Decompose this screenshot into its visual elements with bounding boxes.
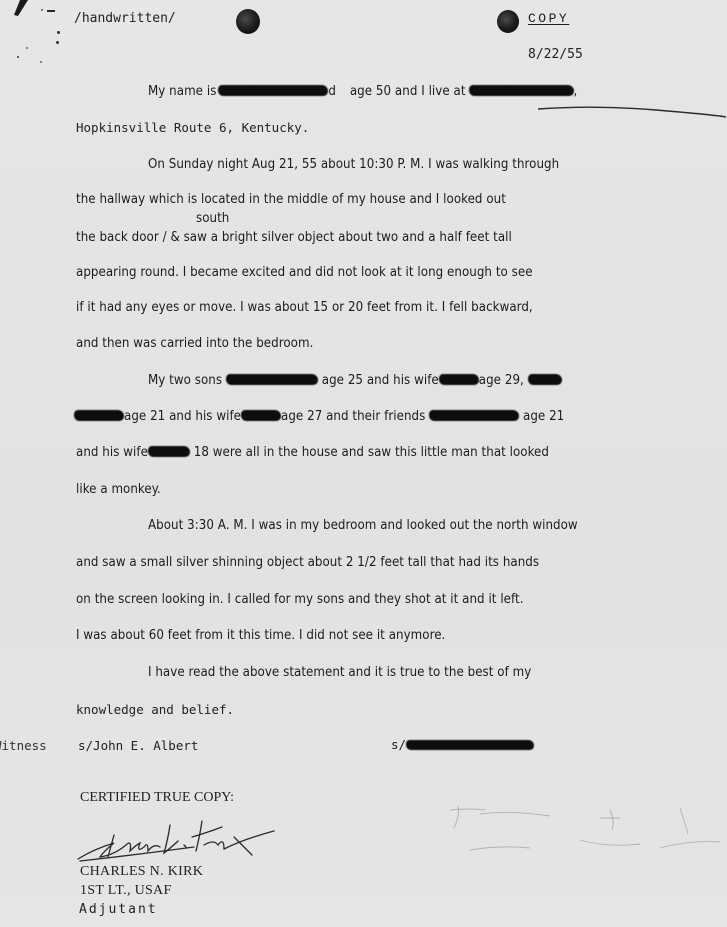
para4-line: and saw a small silver shinning object a… xyxy=(76,555,539,570)
punch-speck xyxy=(17,56,19,58)
punch-speck xyxy=(41,9,43,11)
para2-line: the hallway which is located in the midd… xyxy=(76,192,506,207)
redacted-son-name xyxy=(528,374,562,385)
para3-text: age 27 and their friends xyxy=(281,409,425,424)
address-comma: , xyxy=(574,84,578,99)
punch-speck xyxy=(57,31,60,34)
signer-prefix: s/ xyxy=(391,737,406,752)
para3-text: age 21 xyxy=(523,409,564,424)
punch-speck xyxy=(26,47,28,49)
redacted-wife-name xyxy=(439,374,479,385)
certifier-rank: 1ST LT., USAF xyxy=(80,883,172,899)
handwritten-annotation: /handwritten/ xyxy=(74,11,176,26)
para2-insertion: south xyxy=(196,211,229,226)
para2-line: On Sunday night Aug 21, 55 about 10:30 P… xyxy=(148,157,559,172)
bleed-through-handwriting xyxy=(440,790,727,860)
certifier-name: CHARLES N. KIRK xyxy=(80,864,203,880)
para3-line: and his wife 18 were all in the house an… xyxy=(76,445,549,460)
redacted-son-name xyxy=(226,374,318,385)
ink-mark-icon xyxy=(6,0,30,20)
para3-text: age 21 and his wife xyxy=(124,409,241,424)
punch-hole xyxy=(497,10,519,33)
redacted-signer-name xyxy=(406,740,534,750)
para3-text: My two sons xyxy=(148,373,222,388)
para5-line: knowledge and belief. xyxy=(76,702,234,717)
redacted-name-tail: d xyxy=(328,84,336,99)
redacted-friend-name xyxy=(429,410,519,421)
para3-line: like a monkey. xyxy=(76,482,161,497)
para3-text: 18 were all in the house and saw this li… xyxy=(194,445,549,460)
para3-text: age 25 and his wife xyxy=(322,373,439,388)
para3-text: and his wife xyxy=(76,445,148,460)
handwritten-signature xyxy=(74,815,304,865)
statement-line-location: Hopkinsville Route 6, Kentucky. xyxy=(76,120,309,135)
name-prefix: My name is xyxy=(148,84,216,99)
para3-text: age 29, xyxy=(479,373,524,388)
copy-stamp: COPY xyxy=(528,11,569,26)
redacted-address xyxy=(469,85,574,96)
witness-signature: s/John E. Albert xyxy=(78,738,198,753)
para2-line: appearing round. I became excited and di… xyxy=(76,265,533,280)
para2-line: and then was carried into the bedroom. xyxy=(76,336,313,351)
redacted-friend-wife-name xyxy=(148,446,190,457)
witness-label: Witness xyxy=(0,738,47,753)
document-page: /handwritten/ COPY 8/22/55 My name isd a… xyxy=(0,0,727,927)
redacted-wife-name xyxy=(241,410,281,421)
para5-line: I have read the above statement and it i… xyxy=(148,665,531,680)
para4-line: About 3:30 A. M. I was in my bedroom and… xyxy=(148,518,578,533)
punch-speck xyxy=(56,41,59,44)
document-date: 8/22/55 xyxy=(528,47,583,62)
para2-line: if it had any eyes or move. I was about … xyxy=(76,300,533,315)
dash-mark xyxy=(47,10,55,12)
age-and-address-text: age 50 and I live at xyxy=(350,84,466,99)
para3-line: age 21 and his wifeage 27 and their frie… xyxy=(74,409,564,424)
redacted-son-name xyxy=(74,410,124,421)
punch-hole xyxy=(236,9,260,34)
para4-line: I was about 60 feet from it this time. I… xyxy=(76,628,445,643)
para2-line: the back door / & saw a bright silver ob… xyxy=(76,230,512,245)
para4-line: on the screen looking in. I called for m… xyxy=(76,592,524,607)
signer-signature: s/ xyxy=(391,737,534,752)
para3-line: My two sons age 25 and his wifeage 29, xyxy=(148,373,562,388)
statement-line-name: My name isd age 50 and I live at, xyxy=(148,84,577,99)
certifier-title: Adjutant xyxy=(79,902,158,917)
redacted-name xyxy=(218,85,328,96)
punch-speck xyxy=(40,61,42,63)
underline-stroke xyxy=(536,104,727,120)
certified-heading: CERTIFIED TRUE COPY: xyxy=(80,790,234,806)
